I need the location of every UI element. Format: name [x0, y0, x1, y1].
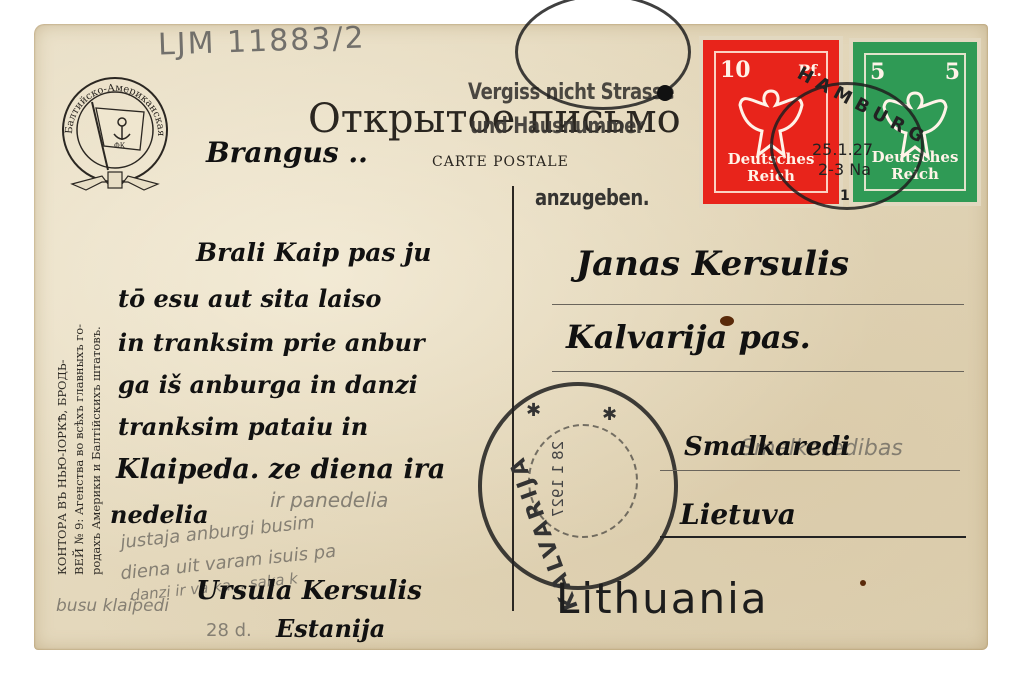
address-line [552, 371, 964, 372]
address-line [660, 470, 960, 471]
greeting: Brangus .. [206, 136, 368, 169]
stain [860, 580, 866, 586]
slogan-line-2: und Hausnummer [470, 114, 644, 139]
archive-number: LJM 11883/2 [157, 20, 366, 62]
address-line [660, 536, 966, 538]
postcard-subtitle: CARTE POSTALE [432, 154, 569, 170]
message-line: ga iš anburga in danzi [118, 370, 418, 399]
ink-blot [657, 85, 673, 101]
pencil-line: busu klaipedi [56, 596, 169, 616]
address-town: Kalvarija pas. [566, 318, 811, 356]
pencil-line: ir panedelia [270, 488, 388, 512]
address-village: Smalkaredi [684, 432, 850, 462]
star-icon: ✱ [602, 404, 617, 425]
office-address-text: КОНТОРА ВЪ НЬЮ-ІОРКѢ, БРОДЬ- ВЕЙ № 9: Аг… [54, 324, 105, 575]
svg-text:ФК: ФК [114, 142, 126, 150]
message-line: tō esu aut sita laiso [118, 284, 381, 313]
pencil-line: 28 d. [206, 620, 252, 641]
slogan-line-3: anzugeben. [535, 186, 649, 211]
stain [720, 316, 734, 326]
address-country-local: Lietuva [680, 498, 796, 531]
shipping-line-logo: Балтийско-Американская Линія ФК [52, 72, 178, 198]
message-line: Klaipeda. ze diena ira [116, 454, 445, 485]
signature-place: Estanija [276, 614, 385, 643]
address-line [552, 304, 964, 305]
address-recipient: Janas Kersulis [576, 244, 849, 284]
message-line: in tranksim prie anbur [118, 328, 425, 357]
star-icon: ✱ [526, 400, 541, 421]
message-line: Brali Kaip pas ju [196, 238, 432, 267]
address-country: Lithuania [556, 574, 769, 623]
signature: Ursula Kersulis [196, 576, 422, 606]
message-line: tranksim pataiu in [118, 412, 368, 441]
